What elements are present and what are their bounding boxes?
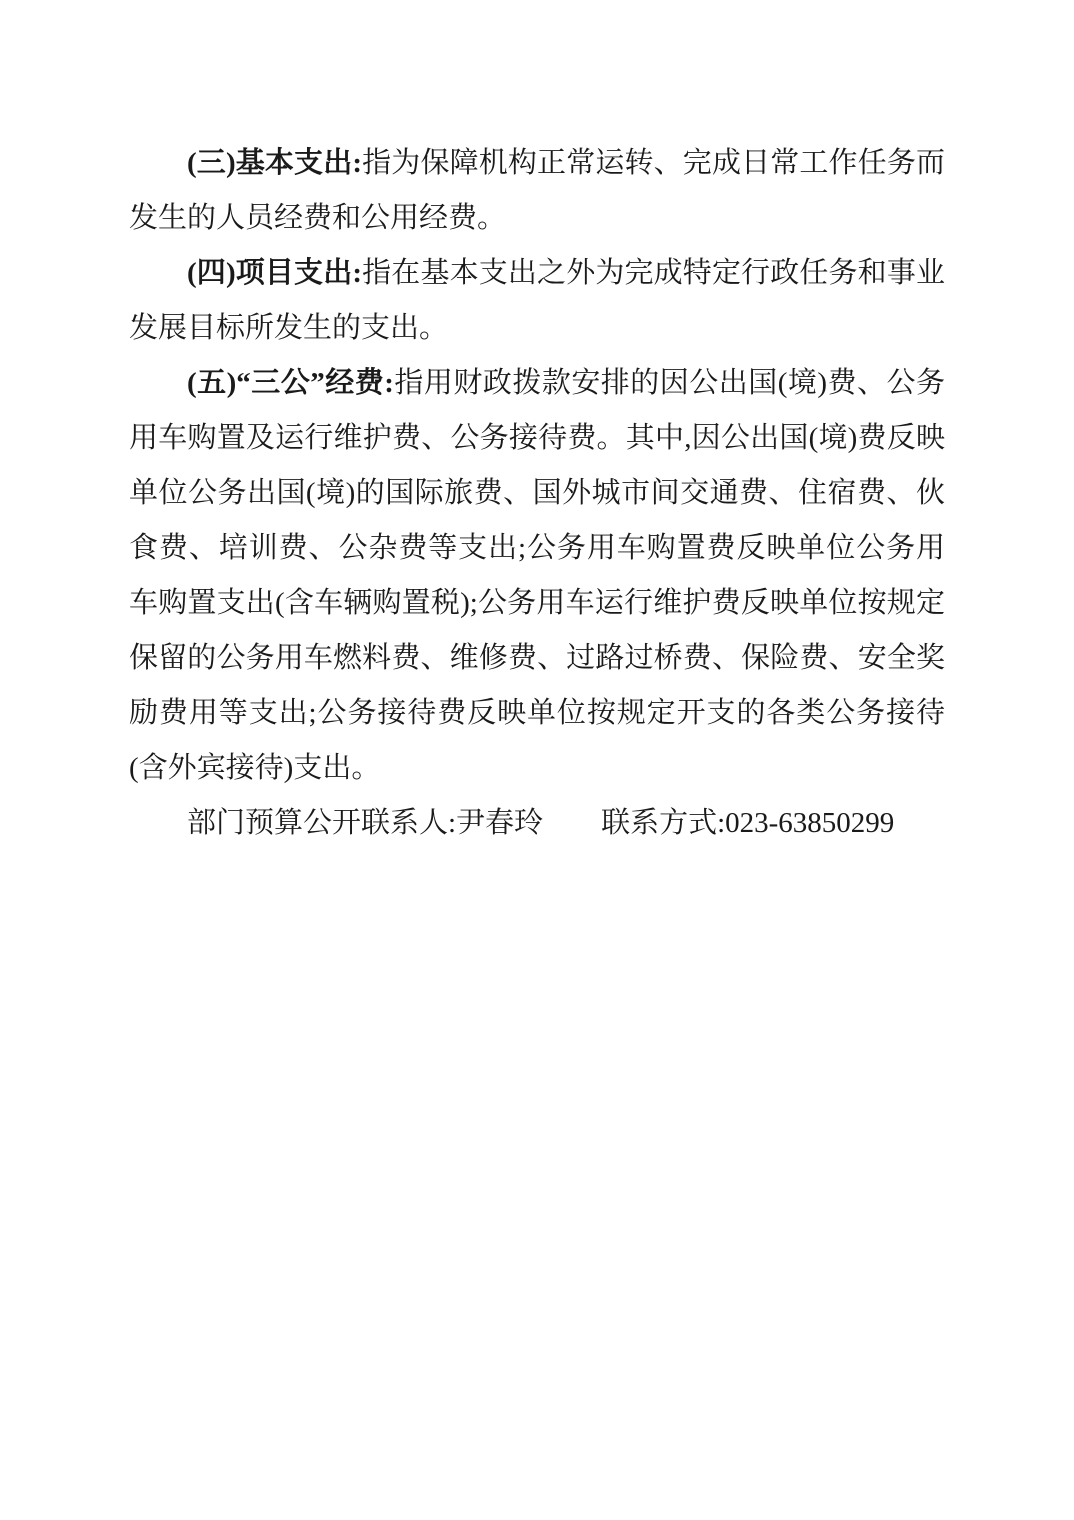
contact-person-label: 部门预算公开联系人: [187, 807, 456, 839]
document-body: (三)基本支出:指为保障机构正常运转、完成日常工作任务而发生的人员经费和公用经费… [129, 136, 945, 851]
contact-line: 部门预算公开联系人:尹春玲联系方式:023-63850299 [129, 796, 945, 851]
paragraph-basic-expenditure: (三)基本支出:指为保障机构正常运转、完成日常工作任务而发生的人员经费和公用经费… [129, 136, 945, 246]
contact-phone-number: 023-63850299 [725, 807, 894, 839]
paragraph-three-public-funds-lead: (五)“三公”经费: [187, 367, 394, 399]
paragraph-basic-expenditure-lead: (三)基本支出: [187, 147, 362, 179]
paragraph-project-expenditure: (四)项目支出:指在基本支出之外为完成特定行政任务和事业发展目标所发生的支出。 [129, 246, 945, 356]
paragraph-project-expenditure-lead: (四)项目支出: [187, 257, 362, 289]
paragraph-three-public-funds-text: 指用财政拨款安排的因公出国(境)费、公务用车购置及运行维护费、公务接待费。其中,… [129, 367, 945, 784]
document-page: (三)基本支出:指为保障机构正常运转、完成日常工作任务而发生的人员经费和公用经费… [0, 0, 1074, 1520]
contact-phone-label: 联系方式: [601, 807, 725, 839]
paragraph-three-public-funds: (五)“三公”经费:指用财政拨款安排的因公出国(境)费、公务用车购置及运行维护费… [129, 356, 945, 796]
contact-person-name: 尹春玲 [456, 807, 543, 839]
